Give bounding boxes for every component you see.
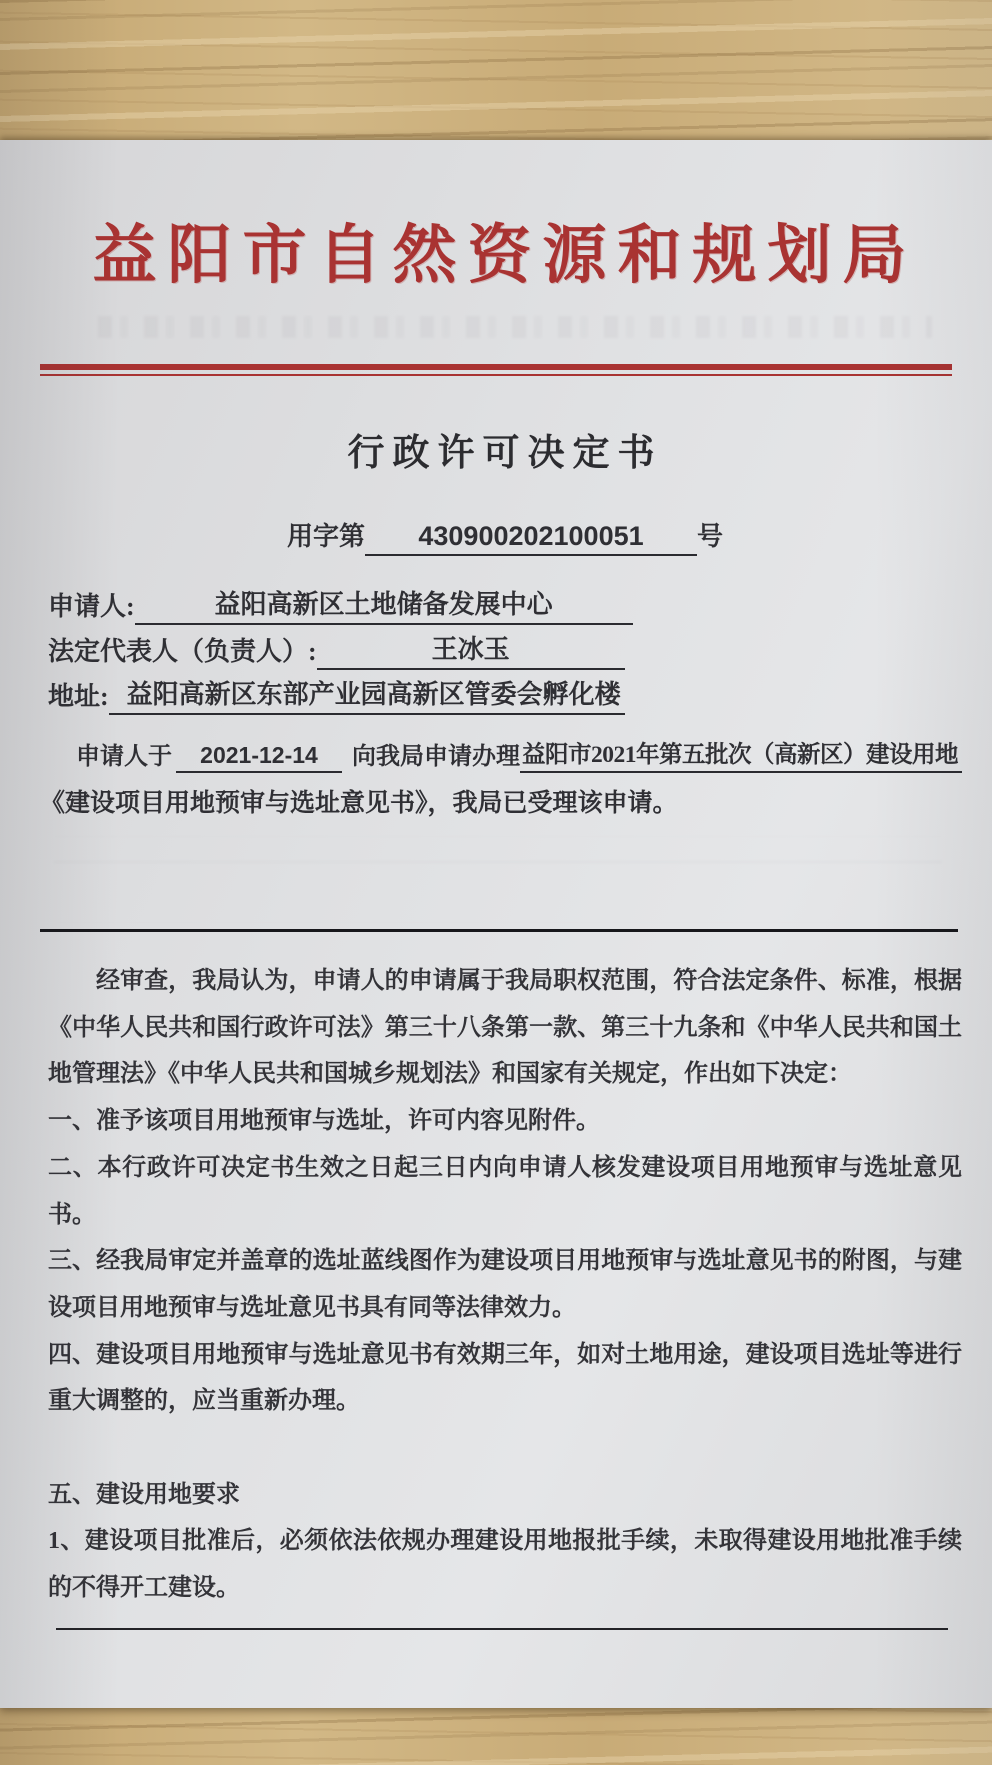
requirements-heading: 五、建设用地要求 [48, 1472, 962, 1519]
address-label: 地址: [48, 676, 109, 715]
number-suffix-label: 号 [697, 522, 723, 551]
applicant-fields: 申请人: 益阳高新区土地储备发展中心 法定代表人（负责人）: 王冰玉 地址: 益… [48, 580, 962, 715]
decision-item-4: 四、建设项目用地预审与选址意见书有效期三年，如对土地用途，建设项目选址等进行重大… [48, 1332, 962, 1425]
application-project-name: 益阳市2021年第五批次（高新区）建设用地 [520, 735, 962, 773]
legal-rep-label: 法定代表人（负责人）: [48, 631, 317, 670]
bleed-through-ghost-table [54, 833, 942, 929]
applicant-label: 申请人: [48, 586, 135, 625]
review-paragraph: 经审查，我局认为，申请人的申请属于我局职权范围，符合法定条件、标准，根据《中华人… [48, 958, 962, 1098]
applicant-value: 益阳高新区土地储备发展中心 [135, 584, 633, 625]
decision-item-1: 一、准予该项目用地预审与选址，许可内容见附件。 [48, 1098, 962, 1145]
requirement-item-1: 1、建设项目批准后，必须依法依规办理建设用地报批手续，未取得建设用地批准手续的不… [48, 1518, 962, 1611]
legal-rep-value: 王冰玉 [317, 629, 625, 670]
decision-item-3: 三、经我局审定并盖章的选址蓝线图作为建设项目用地预审与选址意见书的附图，与建设项… [48, 1238, 962, 1331]
document-number-line: 用字第430900202100051号 [48, 516, 962, 556]
footer-rule [56, 1628, 948, 1630]
document-title: 行政许可决定书 [48, 422, 962, 476]
application-date: 2021-12-14 [176, 742, 342, 773]
letterhead-double-rule [40, 364, 952, 376]
application-middle: 向我局申请办理 [342, 736, 520, 773]
agency-letterhead: 益阳市自然资源和规划局 [48, 200, 962, 310]
decision-item-2: 二、本行政许可决定书生效之日起三日内向申请人核发建设项目用地预审与选址意见书。 [48, 1145, 962, 1238]
acceptance-sentence: 《建设项目用地预审与选址意见书》，我局已受理该申请。 [40, 783, 962, 819]
document-paper: 益阳市自然资源和规划局 行政许可决定书 用字第430900202100051号 … [0, 140, 992, 1708]
application-lead: 申请人于 [48, 736, 176, 773]
field-row-applicant: 申请人: 益阳高新区土地储备发展中心 [48, 580, 962, 625]
decision-body: 经审查，我局认为，申请人的申请属于我局职权范围，符合法定条件、标准，根据《中华人… [48, 958, 962, 1612]
bleed-through-ghost-text [98, 316, 932, 338]
application-sentence: 申请人于 2021-12-14 向我局申请办理 益阳市2021年第五批次（高新区… [48, 727, 962, 773]
document-number-value: 430900202100051 [365, 521, 697, 556]
section-divider-rule [40, 929, 958, 932]
address-value: 益阳高新区东部产业园高新区管委会孵化楼 [109, 674, 625, 715]
field-row-legal-rep: 法定代表人（负责人）: 王冰玉 [48, 625, 962, 670]
number-prefix-label: 用字第 [287, 522, 365, 551]
field-row-address: 地址: 益阳高新区东部产业园高新区管委会孵化楼 [48, 670, 962, 715]
